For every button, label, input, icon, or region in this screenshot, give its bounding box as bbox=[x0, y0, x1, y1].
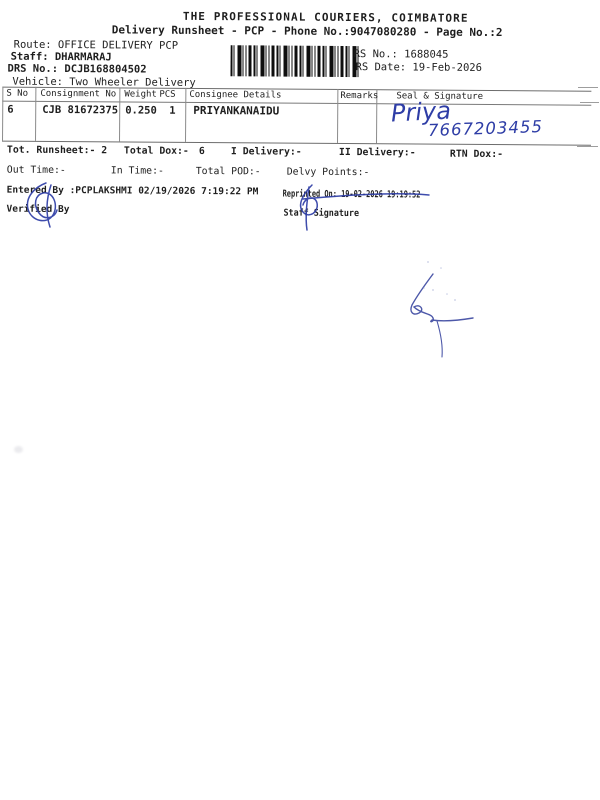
table-row: 6 CJB 81672375 0.250 1 PRIYANKANAIDU bbox=[0, 0, 600, 4]
table-border-left bbox=[2, 87, 3, 141]
rs-date-text: RS Date: 19-Feb-2026 bbox=[355, 62, 482, 74]
table-divider bbox=[35, 87, 36, 141]
cell-pcs: 1 bbox=[169, 106, 175, 117]
rtn-dox-label: RTN Dox:- bbox=[450, 150, 503, 161]
total-dox-label: Total Dox:- bbox=[124, 146, 189, 157]
cell-consignee: PRIYANKANAIDU bbox=[193, 105, 279, 117]
total-dox-value: 6 bbox=[199, 147, 205, 157]
scan-artifact-dash bbox=[577, 146, 598, 147]
in-time-label: In Time:- bbox=[111, 166, 164, 177]
cell-consignment-no: CJB 81672375 bbox=[42, 105, 118, 117]
cell-weight: 0.250 bbox=[125, 105, 157, 116]
col-header-consignment-no: Consignment No bbox=[40, 90, 116, 100]
rs-no-text: RS No.: 1688045 bbox=[354, 49, 449, 61]
col-header-remarks: Remarks bbox=[340, 92, 378, 102]
staff-text: Staff: DHARMARAJ bbox=[11, 52, 112, 64]
entered-by-text: Entered By :PCPLAKSHMI 02/19/2026 7:19:2… bbox=[7, 186, 259, 198]
tot-runsheet-text: Tot. Runsheet:- 2 bbox=[7, 146, 107, 157]
delvy-points-label: Delvy Points:- bbox=[287, 168, 370, 179]
col-header-weight: Weight bbox=[124, 90, 157, 100]
scan-artifact-dash bbox=[578, 87, 598, 88]
page-subtitle: Delivery Runsheet - PCP - Phone No.:9047… bbox=[112, 24, 503, 38]
table-divider bbox=[337, 89, 338, 143]
scan-smudge bbox=[14, 446, 23, 453]
cell-s-no: 6 bbox=[7, 105, 13, 116]
table-divider bbox=[119, 87, 120, 141]
verified-by-label: Verified By bbox=[7, 205, 70, 215]
scan-artifact-dash bbox=[580, 102, 599, 103]
runsheet-table: S No Consignment No Weight PCS Consignee… bbox=[0, 0, 600, 4]
table-divider bbox=[185, 88, 186, 142]
ii-delivery-label: II Delivery:- bbox=[339, 148, 416, 159]
col-header-s-no: S No bbox=[6, 90, 28, 100]
col-header-pcs: PCS bbox=[159, 91, 175, 101]
scanned-delivery-runsheet: THE PROFESSIONAL COURIERS, COIMBATORE De… bbox=[0, 0, 600, 800]
drs-no-text: DRS No.: DCJB168804502 bbox=[7, 64, 146, 76]
page-title: THE PROFESSIONAL COURIERS, COIMBATORE bbox=[183, 11, 469, 25]
total-pod-label: Total POD:- bbox=[196, 167, 261, 178]
i-delivery-label: I Delivery:- bbox=[231, 147, 302, 158]
seal-handwriting-phone: 7667203455 bbox=[428, 118, 544, 139]
staff-signature-label: Staff Signature bbox=[283, 209, 359, 219]
col-header-consignee-details: Consignee Details bbox=[189, 91, 281, 101]
barcode-icon bbox=[230, 45, 359, 77]
reprinted-on-text: Reprinted On: 19-02-2026 19:19:52 bbox=[283, 190, 421, 201]
out-time-label: Out Time:- bbox=[7, 166, 66, 177]
